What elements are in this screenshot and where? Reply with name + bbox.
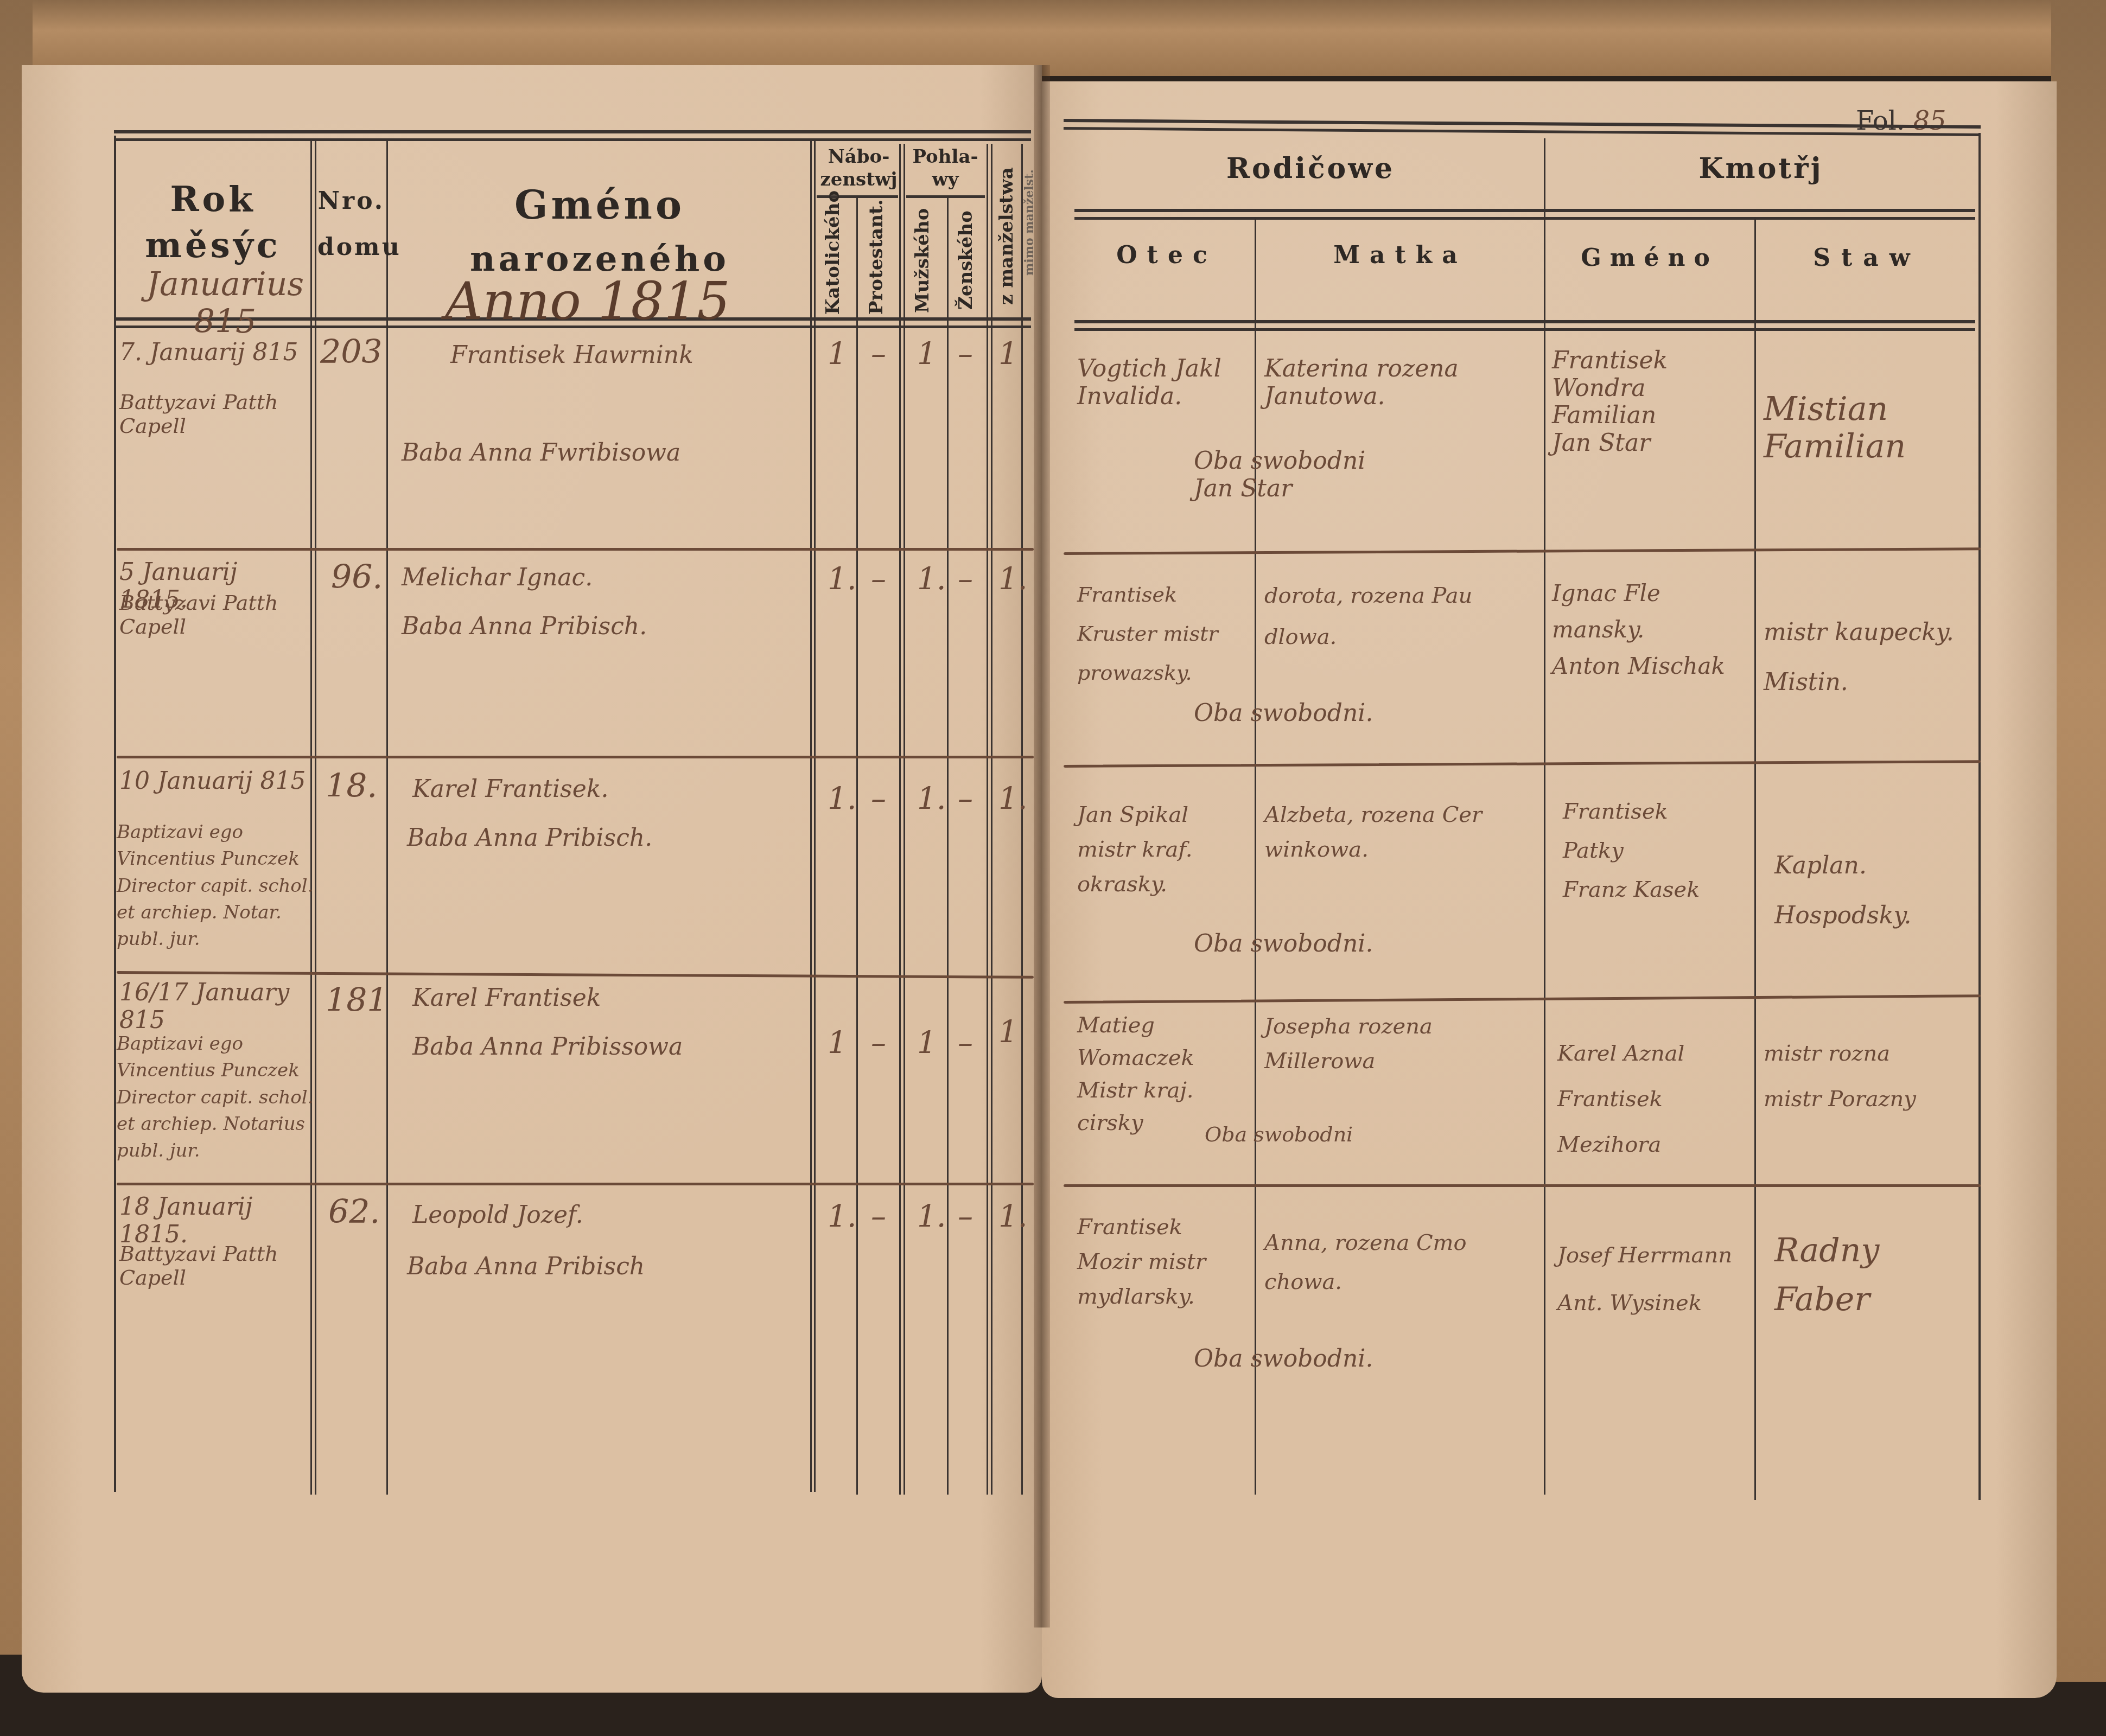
entry-otec: Frantisek Mozir mistr mydlarsky. [1077, 1210, 1256, 1314]
entry-otec: Frantisek Kruster mistr prowazsky. [1077, 575, 1256, 693]
entry-house-number: 203 [320, 334, 383, 371]
col-divider-prot-b [904, 144, 905, 1495]
header-gmeno: Gméno [391, 182, 809, 228]
entry-date: 16/17 January 815 [119, 979, 309, 1034]
right-header-mid-rule [1074, 209, 1975, 220]
right-header-bottom-rule [1074, 320, 1975, 331]
entry-date: 10 Januarij 815 [119, 768, 309, 795]
entry-matka: Katerina rozena Janutowa. [1264, 355, 1541, 410]
entry-kmotr-staw: Mistian Familian [1764, 391, 1975, 465]
entry-z-manzelstwa: 1 [998, 1014, 1018, 1050]
entry-zenske: – [958, 336, 973, 372]
entry-katolicke: 1. [828, 561, 856, 597]
col-divider-rok-b [315, 138, 316, 1495]
header-mesyc: měsýc [117, 225, 309, 266]
entry-midwife: Baba Anna Pribisch. [407, 825, 652, 852]
header-staw: Staw [1757, 244, 1977, 272]
entry-parents-status: Oba swobodni [1205, 1123, 1541, 1147]
col-divider-matka [1544, 138, 1545, 1495]
entry-kmotr-gmeno: Ignac Fle mansky. Anton Mischak [1552, 575, 1758, 685]
book-page-edges-right [2051, 0, 2106, 1682]
header-z-manzelstwa: z manželstwa [996, 157, 1020, 315]
entry-child-name: Karel Frantisek. [412, 776, 608, 803]
entry-child-name: Frantisek Hawrnink [450, 342, 693, 369]
entry-kmotr-staw: Kaplan. Hospodsky. [1774, 841, 1975, 941]
entry-baptism-note: Battyzavi Patth Capell [119, 391, 304, 438]
col-divider-nro [386, 138, 388, 1495]
entry-baptism-note: Battyzavi Patth Capell [119, 1242, 304, 1290]
entry-matka: Josepha rozena Millerowa [1264, 1009, 1541, 1078]
col-divider-gmeno [810, 141, 812, 1492]
entry-otec: Matieg Womaczek Mistr kraj. cirsky [1077, 1009, 1256, 1139]
col-divider-prot [899, 144, 901, 1495]
entry-parents-status: Oba swobodni Jan Star [1194, 448, 1530, 502]
book-gutter [1034, 65, 1050, 1627]
header-rok: Rok [117, 179, 309, 220]
entry-date: 7. Januarij 815 [119, 339, 309, 367]
header-katolickeho: Katolického [822, 206, 849, 315]
header-mimo-manzelstwa: mimo manželst. [1022, 152, 1035, 293]
header-pohlawy: Pohla-wy [907, 145, 983, 191]
entry-muzske: 1. [917, 561, 946, 597]
entry-katolicke: 1. [828, 1199, 856, 1234]
entry-protestant: – [871, 561, 886, 597]
left-table-left-border [114, 136, 116, 1492]
entry-muzske: 1 [917, 1025, 937, 1061]
entry-muzske: 1. [917, 781, 946, 816]
entry-protestant: – [871, 781, 886, 816]
row-separator-left-1 [117, 548, 1034, 551]
col-divider-gmeno-b [814, 141, 816, 1492]
entry-z-manzelstwa: 1. [998, 1199, 1027, 1234]
entry-parents-status: Oba swobodni. [1194, 1345, 1530, 1373]
right-table-right-border [1978, 133, 1981, 1500]
col-divider-zen [987, 144, 988, 1495]
col-divider-kat [856, 198, 858, 1495]
header-matka: Matka [1258, 241, 1543, 269]
book-page-edges-top [0, 0, 2106, 76]
entry-protestant: – [871, 336, 886, 372]
header-protestant: Protestant. [866, 206, 893, 315]
entry-parents-status: Oba swobodni. [1194, 930, 1530, 958]
year-heading: Anno 1815 [445, 271, 771, 331]
entry-kmotr-staw: mistr rozna mistr Porazny [1764, 1031, 1975, 1122]
entry-matka: dorota, rozena Pau dlowa. [1264, 575, 1541, 658]
entry-matka: Alzbeta, rozena Cer winkowa. [1264, 797, 1541, 867]
row-separator-left-2 [117, 756, 1034, 758]
row-separator-right-4 [1064, 1184, 1981, 1187]
month-heading: Januarius 815 [141, 266, 309, 341]
entry-midwife: Baba Anna Pribissowa [412, 1033, 683, 1061]
entry-protestant: – [871, 1199, 886, 1234]
entry-muzske: 1 [917, 336, 937, 372]
entry-house-number: 96. [331, 559, 383, 596]
left-table-top-rule [114, 130, 1031, 141]
entry-kmotr-staw: Radny Faber [1774, 1226, 1975, 1324]
entry-muzske: 1. [917, 1199, 946, 1234]
entry-katolicke: 1. [828, 781, 856, 816]
row-separator-left-4 [117, 1183, 1034, 1185]
entry-baptism-note: Baptizavi ego Vincentius Punczek Directo… [117, 1031, 317, 1164]
header-zenskeho: Ženského [955, 206, 982, 315]
entry-zenske: – [958, 561, 973, 597]
entry-child-name: Melichar Ignac. [402, 564, 593, 592]
header-otec: Otec [1080, 241, 1254, 269]
entry-katolicke: 1 [828, 1025, 847, 1061]
col-divider-rok [310, 138, 312, 1495]
entry-midwife: Baba Anna Fwribisowa [402, 439, 680, 467]
entry-matka: Anna, rozena Cmo chowa. [1264, 1223, 1541, 1301]
header-kmotri: Kmotřj [1547, 152, 1975, 185]
entry-katolicke: 1 [828, 336, 847, 372]
entry-kmotr-gmeno: Frantisek Patky Franz Kasek [1563, 792, 1753, 909]
col-divider-manz [1021, 144, 1023, 1495]
entry-kmotr-gmeno: Frantisek Wondra Familian Jan Star [1552, 347, 1753, 457]
header-nabozenstwi: Nábo-zenstwj [819, 145, 898, 191]
header-nro: Nro. [317, 187, 385, 215]
entry-zenske: – [958, 781, 973, 816]
header-muzskeho: Mužského [912, 206, 939, 315]
entry-protestant: – [871, 1025, 886, 1061]
entry-z-manzelstwa: 1. [998, 561, 1027, 597]
entry-baptism-note: Baptizavi ego Vincentius Punczek Directo… [117, 819, 317, 953]
header-domu: domu [317, 233, 385, 261]
entry-midwife: Baba Anna Pribisch [407, 1253, 645, 1281]
entry-house-number: 181 [326, 982, 388, 1019]
entry-house-number: 62. [328, 1193, 380, 1231]
entry-parents-status: Oba swobodni. [1194, 700, 1530, 727]
entry-otec: Vogtich Jakl Invalida. [1077, 355, 1251, 410]
entry-kmotr-gmeno: Josef Herrmann Ant. Wysinek [1557, 1231, 1758, 1327]
entry-child-name: Leopold Jozef. [412, 1202, 583, 1229]
entry-otec: Jan Spikal mistr kraf. okrasky. [1077, 797, 1256, 902]
entry-house-number: 18. [326, 768, 377, 805]
col-divider-muz [947, 198, 949, 1495]
entry-kmotr-staw: mistr kaupecky. Mistin. [1764, 608, 1975, 708]
entry-zenske: – [958, 1199, 973, 1234]
entry-midwife: Baba Anna Pribisch. [402, 613, 647, 641]
entry-z-manzelstwa: 1. [998, 781, 1027, 816]
col-divider-zen-b [991, 144, 992, 1495]
entry-date: 18 Januarij 1815. [119, 1193, 309, 1248]
header-rodicowe: Rodičowe [1080, 152, 1541, 185]
entry-z-manzelstwa: 1 [998, 336, 1018, 372]
entry-baptism-note: Battyzavi Patth Capell [119, 591, 304, 639]
entry-zenske: – [958, 1025, 973, 1061]
header-kmotr-gmeno: Gméno [1547, 244, 1753, 272]
entry-kmotr-gmeno: Karel Aznal Frantisek Mezihora [1557, 1031, 1758, 1167]
entry-child-name: Karel Frantisek [412, 985, 601, 1012]
subheader-rule-pohlawy [906, 195, 985, 198]
